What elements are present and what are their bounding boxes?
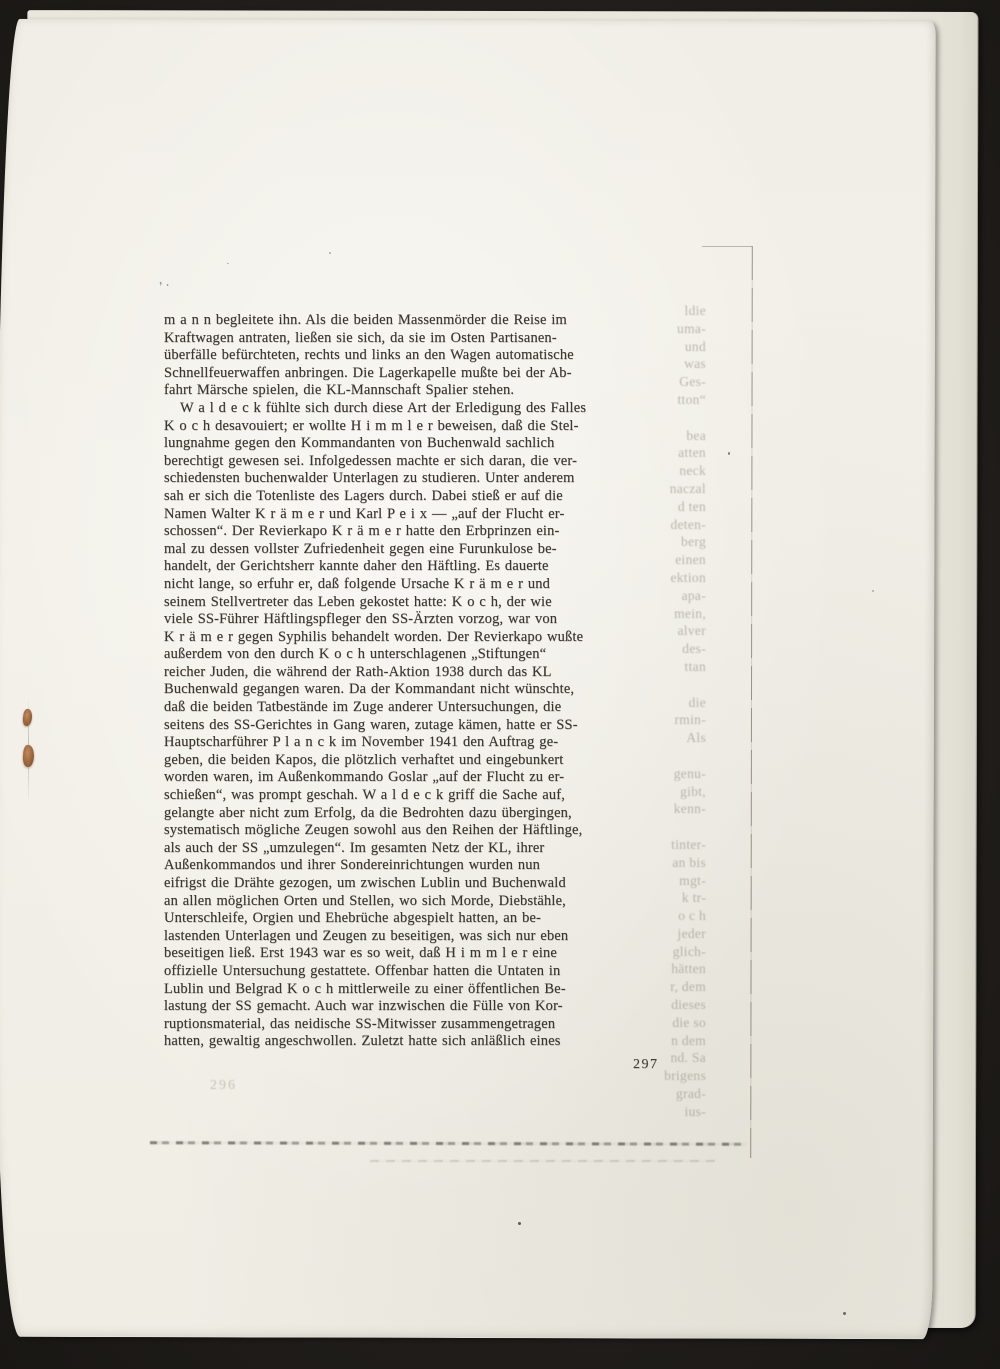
- speck: [843, 1312, 846, 1315]
- bottom-scuff-line-echo: [370, 1160, 715, 1162]
- page-number: 297: [633, 1057, 679, 1073]
- pencil-stray-mark: ·: [226, 258, 230, 270]
- speck: [728, 452, 730, 455]
- bleedthrough-page-number: 296: [210, 1078, 237, 1094]
- paragraph: W a l d e c k fühlte sich durch diese Ar…: [164, 400, 678, 1051]
- page-inner-edge-top-line: [702, 246, 752, 247]
- speck: [872, 590, 874, 592]
- text-block: m a n n begleitete ihn. Als die beiden M…: [164, 312, 678, 1051]
- paragraph-continuation: m a n n begleitete ihn. Als die beiden M…: [164, 312, 678, 400]
- spine-crease-line: [28, 695, 29, 805]
- speck: [518, 1222, 521, 1225]
- scanned-book-page-photo: ldie uma- und was Ges- tton“ bea atten n…: [0, 0, 1000, 1369]
- speck: [329, 252, 331, 254]
